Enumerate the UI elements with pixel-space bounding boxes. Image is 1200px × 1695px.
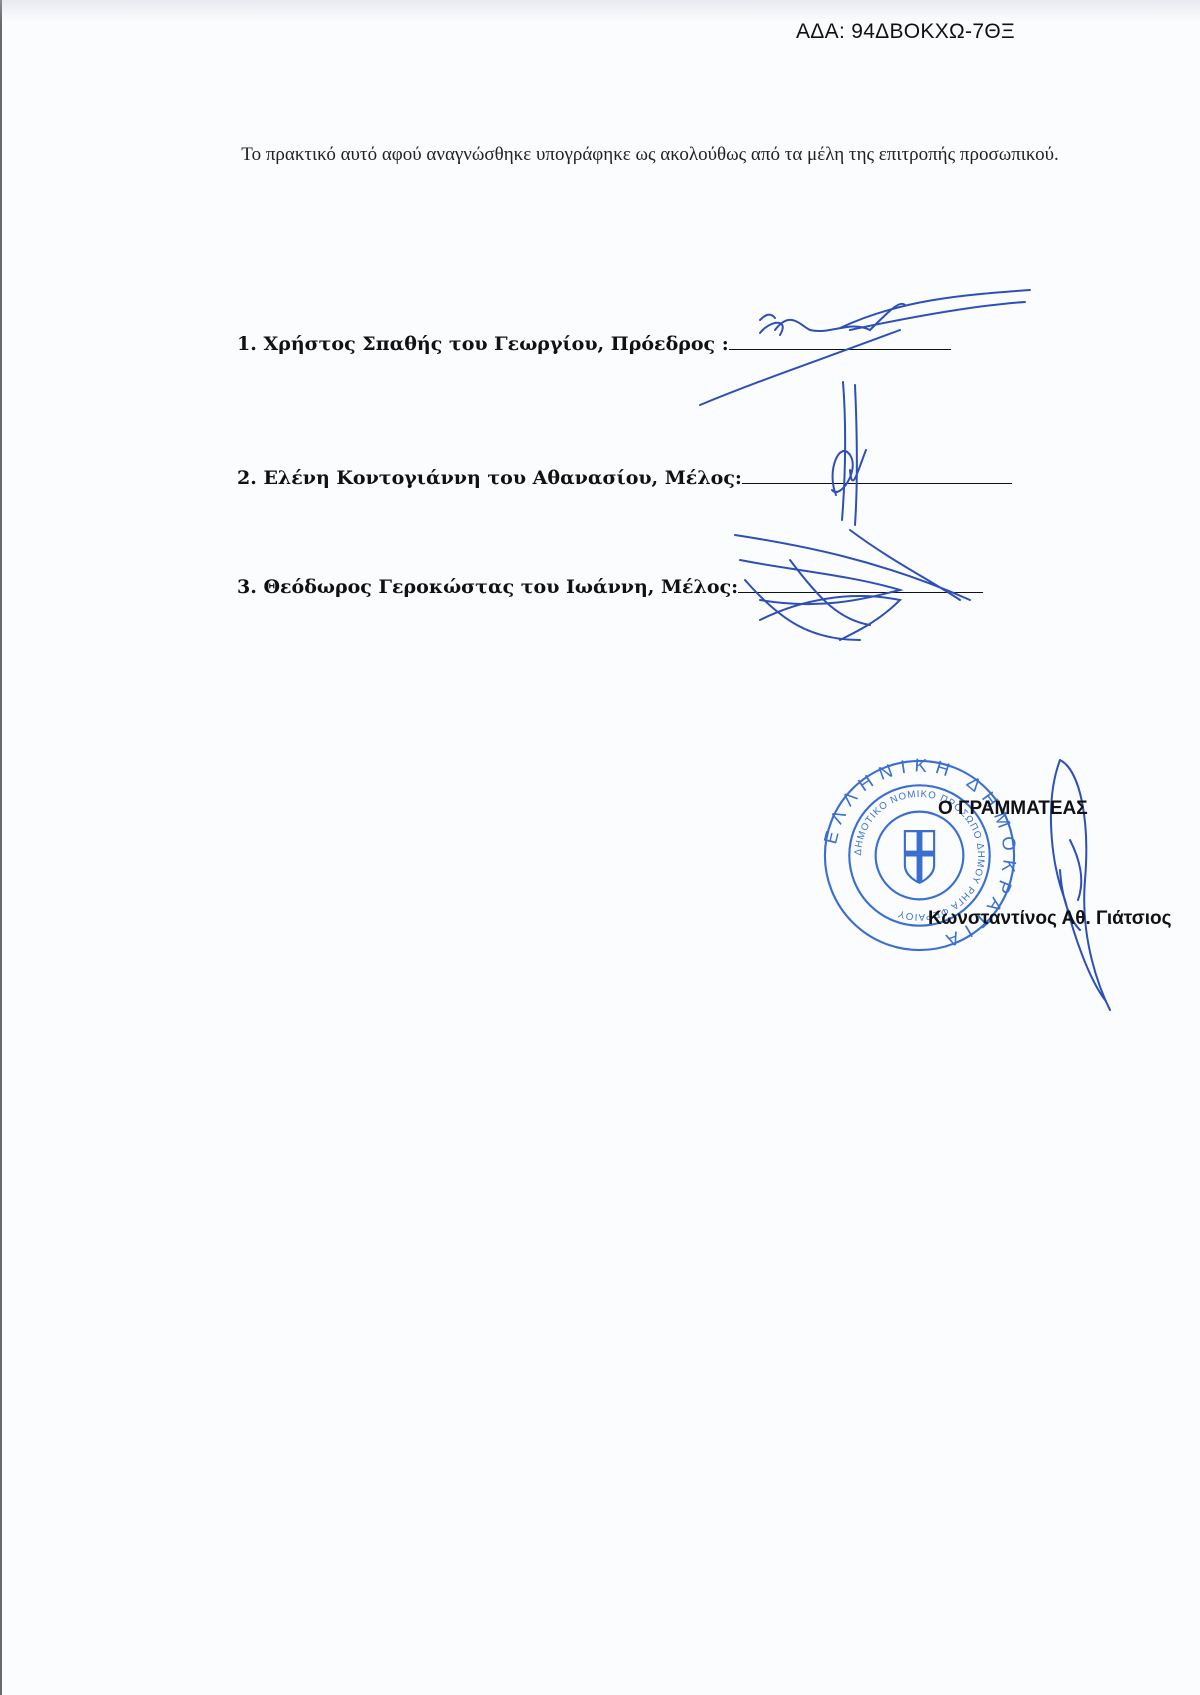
intro-paragraph: Το πρακτικό αυτό αφού αναγνώσθηκε υπογρά… bbox=[220, 140, 1080, 169]
signature-line bbox=[738, 590, 983, 593]
secretary-title: Ο ΓΡΑΜΜΑΤΕΑΣ bbox=[938, 798, 1088, 820]
signature-line bbox=[742, 481, 1012, 484]
member-line-1: 1. Χρήστος Σπαθής του Γεωργίου, Πρόεδρος… bbox=[237, 333, 951, 355]
handwritten-signatures bbox=[0, 0, 1200, 1695]
member-line-3: 3. Θεόδωρος Γεροκώστας του Ιωάννη, Μέλος… bbox=[237, 576, 983, 598]
member-label: 2. Ελένη Κοντογιάννη του Αθανασίου, Μέλο… bbox=[237, 467, 742, 489]
secretary-name: Κωνσταντίνος Αθ. Γιάτσιος bbox=[928, 908, 1172, 930]
member-line-2: 2. Ελένη Κοντογιάννη του Αθανασίου, Μέλο… bbox=[237, 467, 1012, 489]
scan-shade bbox=[0, 0, 1200, 22]
member-label: 1. Χρήστος Σπαθής του Γεωργίου, Πρόεδρος… bbox=[237, 333, 729, 355]
signature-line bbox=[729, 347, 951, 350]
page-edge bbox=[0, 0, 2, 1695]
member-label: 3. Θεόδωρος Γεροκώστας του Ιωάννη, Μέλος… bbox=[237, 576, 738, 598]
ada-code: ΑΔΑ: 94ΔΒΟΚΧΩ-7ΘΞ bbox=[796, 20, 1015, 44]
